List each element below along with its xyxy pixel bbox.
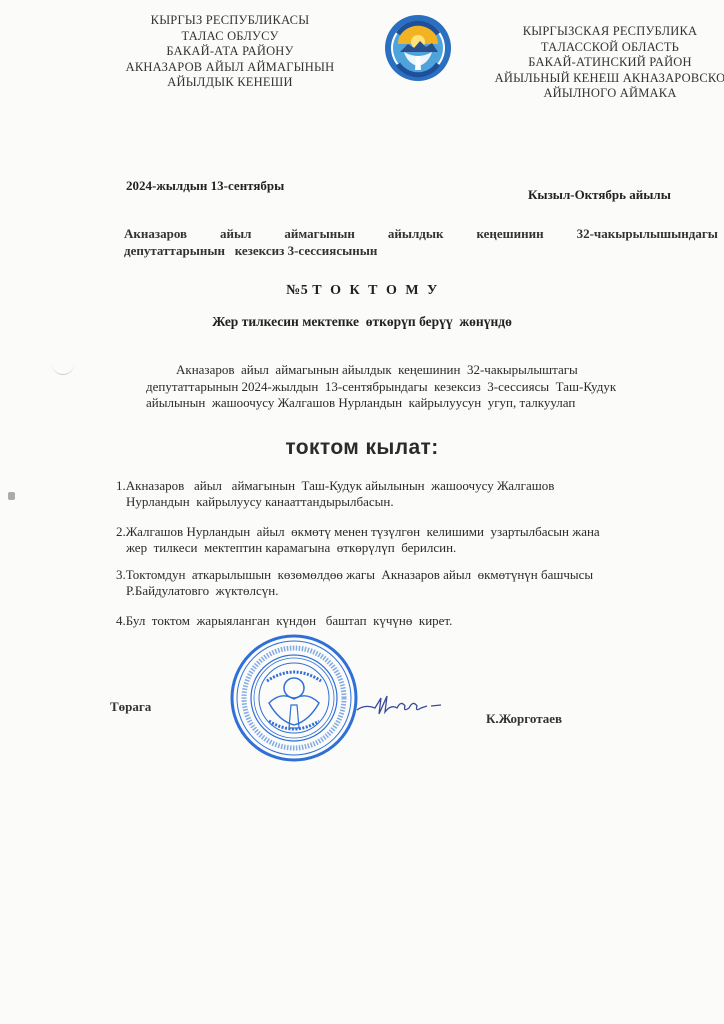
signature-icon <box>355 690 445 720</box>
punch-hole-mark <box>52 362 74 375</box>
header-left-line: ТАЛАС ОБЛУСУ <box>110 29 350 45</box>
session-word: айылдык <box>388 225 444 242</box>
header-left-line: КЫРГЫЗ РЕСПУБЛИКАСЫ <box>110 13 350 29</box>
header-right-line: БАКАЙ-АТИНСКИЙ РАЙОН <box>490 55 724 71</box>
document-date: 2024-жылдын 13-сентябры <box>126 178 284 194</box>
session-word: 32-чакырылышындагы <box>577 225 718 242</box>
preamble: Акназаров айыл аймагынын айылдык кеңешин… <box>146 362 686 412</box>
decree-heading: токтом кылат: <box>0 436 724 460</box>
header-left-line: АЙЫЛДЫК КЕНЕШИ <box>110 75 350 91</box>
scan-speck <box>8 492 15 500</box>
document-place: Кызыл-Октябрь айылы <box>528 187 671 203</box>
header-right-line: АЙЫЛНОГО АЙМАКА <box>490 86 724 102</box>
item-line: 2.Жалгашов Нурландын айыл өкмөтү менен т… <box>116 524 676 540</box>
session-word: кеңешинин <box>476 225 543 242</box>
decree-item-4: 4.Бул токтом жарыяланган күндөн баштап к… <box>116 613 676 629</box>
header-russian: КЫРГЫЗСКАЯ РЕСПУБЛИКА ТАЛАССКОЙ ОБЛАСТЬ … <box>490 24 724 102</box>
item-line: Р.Байдулатовго жүктөлсүн. <box>116 583 676 599</box>
preamble-line: Акназаров айыл аймагынын айылдык кеңешин… <box>146 362 686 379</box>
item-line: 4.Бул токтом жарыяланган күндөн баштап к… <box>116 613 676 629</box>
document-title: №5 Т О К Т О М У <box>0 283 724 299</box>
header-left-line: БАКАЙ-АТА РАЙОНУ <box>110 44 350 60</box>
item-line: 1.Акназаров айыл аймагынын Таш-Кудук айы… <box>116 478 676 494</box>
session-word: аймагынын <box>284 225 354 242</box>
session-line-2: депутаттарынын кезексиз 3-сессиясынын <box>124 242 718 259</box>
header-right-line: АЙЫЛЬНЫЙ КЕНЕШ АКНАЗАРОВСКО <box>490 71 724 87</box>
item-line: жер тилкеси мектептин карамагына өткөрүл… <box>116 540 676 556</box>
header-left-line: АКНАЗАРОВ АЙЫЛ АЙМАГЫНЫН <box>110 60 350 76</box>
session-word: айыл <box>220 225 251 242</box>
header-right-line: КЫРГЫЗСКАЯ РЕСПУБЛИКА <box>490 24 724 40</box>
decree-item-1: 1.Акназаров айыл аймагынын Таш-Кудук айы… <box>116 478 676 510</box>
item-line: 3.Токтомдун аткарылышын көзөмөлдөө жагы … <box>116 567 676 583</box>
signatory-name: К.Жорготаев <box>486 711 562 727</box>
document-subtitle: Жер тилкесин мектепке өткөрүп берүү жөнү… <box>0 314 724 330</box>
header-kyrgyz: КЫРГЫЗ РЕСПУБЛИКАСЫ ТАЛАС ОБЛУСУ БАКАЙ-А… <box>110 13 350 91</box>
session-heading: Акназаров айыл аймагынын айылдык кеңешин… <box>124 225 718 259</box>
decree-item-3: 3.Токтомдун аткарылышын көзөмөлдөө жагы … <box>116 567 676 599</box>
signatory-title: Төрага <box>110 699 151 715</box>
kyrgyz-emblem-icon <box>384 14 452 82</box>
preamble-line: депутаттарынын 2024-жылдын 13-сентябрынд… <box>146 379 686 396</box>
decree-item-2: 2.Жалгашов Нурландын айыл өкмөтү менен т… <box>116 524 676 556</box>
official-seal-icon <box>229 633 359 763</box>
session-word: Акназаров <box>124 225 187 242</box>
item-line: Нурландын кайрылуусу канааттандырылбасын… <box>116 494 676 510</box>
header-right-line: ТАЛАССКОЙ ОБЛАСТЬ <box>490 40 724 56</box>
preamble-line: айылынын жашоочусу Жалгашов Нурландын ка… <box>146 395 686 412</box>
